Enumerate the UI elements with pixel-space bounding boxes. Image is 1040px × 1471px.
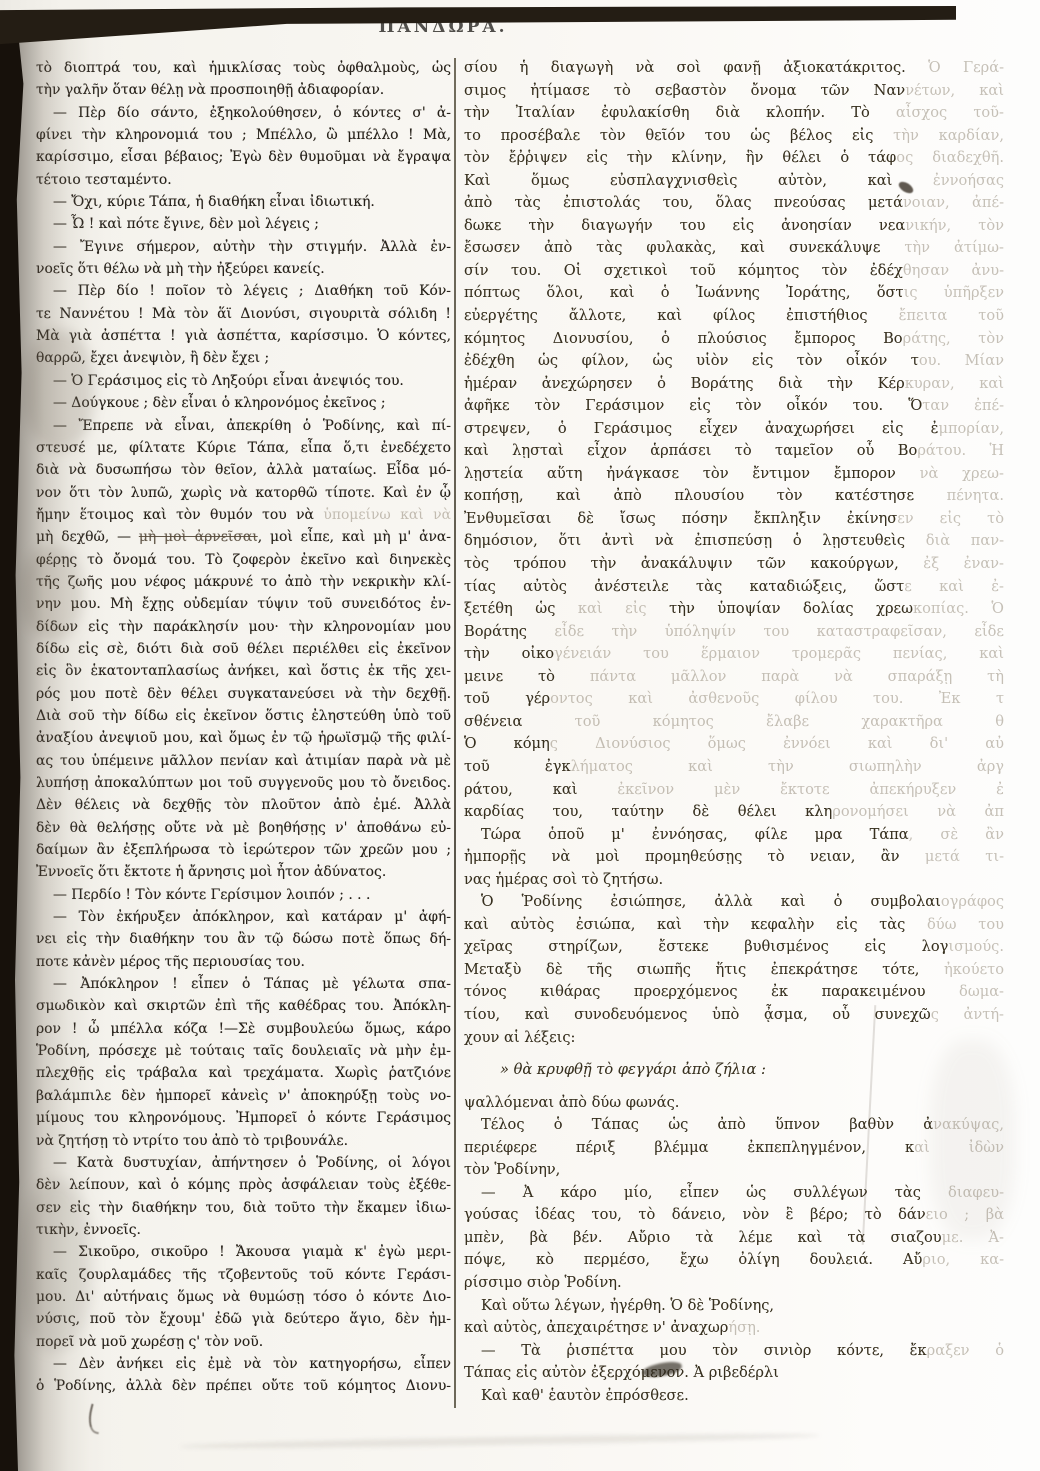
text-segment: — Ἔπρεπε νὰ εἶναι, ἀπεκρίθη ὁ Ῥοδίνης, κ… [53, 418, 451, 434]
text-line: δὲν θὰ θελήσῃς οὔτε νὰ μὲ βοηθήσῃς ν' ἀπ… [36, 817, 451, 839]
text-line: — Κατὰ δυστυχίαν, ἀπήντησεν ὁ Ῥοδίνης, ο… [36, 1152, 451, 1174]
text-segment: ρίσσιμο σιὸρ Ῥοδίνη. [464, 1274, 622, 1291]
text-segment: ξετέθη ὡς [464, 600, 578, 617]
text-line: τόνος κιθάρας προερχόμενος ἐκ παρακειμέν… [464, 981, 1004, 1004]
text-line: νοεῖς ὅτι θέλω νὰ μὴ τὴν ἠξεύρει κανείς. [36, 258, 451, 280]
text-segment: ἤμην ἕτοιμος καὶ τὸν θυμόν του νὰ [36, 507, 323, 523]
text-segment: τέτοιο τεσταμέντο. [36, 172, 172, 188]
text-line: ἠμπορῇς νὰ μοὶ προμηθεύσῃς τὸ νειαν, ἂν … [464, 846, 1004, 869]
text-line: νύσις, ποῦ τὸν ἔχουμ' ἐδῶ γιὰ δεύτερο ἅγ… [36, 1308, 451, 1330]
faded-text-segment: ἔπειτα τοῦ [868, 307, 1004, 324]
text-line: — Ὦ ! καὶ πότε ἔγινε, δὲν μοὶ λέγεις ; [36, 213, 451, 235]
text-line: Διὰ σοῦ τὴν δίδω εἰς ἐκεῖνον ὅστις ἐληστ… [36, 705, 451, 727]
text-line: σεν εἰς τὴν διαθήκην του, διὰ τοῦτο τὴν … [36, 1197, 451, 1219]
text-line: Ἐνθυμεῖσαι δὲ ἴσως πόσην ἔκπληξιν ἐκίνησ… [464, 508, 1004, 531]
faded-text-segment: λήματος καὶ τὴν σιωπηλὴν ἀργ [571, 758, 1004, 775]
text-line: — Σικοῦρο, σικοῦρο ! Ἄκουσα γιαμὰ κ' ἐγὼ… [36, 1241, 451, 1263]
faded-text-segment: τὴν ἀτίμω- [880, 239, 1004, 256]
text-line: τοῦ γέροντος καὶ ἀσθενοῦς φίλου του. Ἐκ … [464, 688, 1004, 711]
text-segment: Καὶ οὕτω λέγων, ἠγέρθη. Ὁ δὲ Ῥοδίνης, [481, 1297, 774, 1314]
text-line: ρίσσιμο σιὸρ Ῥοδίνη. [464, 1272, 1004, 1295]
faded-text-segment: ου. Μίαν [919, 352, 1004, 369]
text-line: δίδω εἰς σὲ, διότι διὰ σοῦ θέλει περιέλθ… [36, 638, 451, 660]
text-line: ἀφῆκε τὸν Γεράσιμον εἰς τὸν οἶκόν του. Ὅ… [464, 395, 1004, 418]
text-line: ἤμην ἕτοιμος καὶ τὸν θυμόν του νὰ ὑπομεί… [36, 504, 451, 526]
faded-text-segment: εν εἰς τὸ [897, 510, 1004, 527]
text-segment: λῃστεία αὕτη ἠνάγκασε τὸν ἔντιμον ἔμπορο… [464, 465, 896, 482]
faded-text-segment: διαφευ- [921, 1184, 1004, 1201]
text-line: πόψε, κὸ περμέσο, ἔχω ὀλίγη δουλειά. Αὔρ… [464, 1249, 1004, 1272]
text-line: μου. Δι' αὐτήναις ὅμως νὰ θυμώσῃ τόσο ὁ … [36, 1286, 451, 1308]
text-line: ρον ! ὦ μπέλλα κόζα !—Σὲ συμβουλεύω ὅμως… [36, 1018, 451, 1040]
text-line: μεινε τὸ πάντα μᾶλλον παρὰ νὰ σπαράξῃ τὴ [464, 666, 1004, 689]
text-line: Τάπας εἰς αὐτὸν ἐξερχόμενον. Ἀ ριβεδέρλι [464, 1362, 1004, 1385]
text-segment: νην μου. Μὴ ἔχῃς οὐδεμίαν τύψιν τοῦ συνε… [36, 596, 451, 612]
text-line: καὶ λῃσταὶ εἶχον ἁρπάσει τὸ ταμεῖον οὗ Β… [464, 440, 1004, 463]
text-line: γούσας ἰδέας του, τὸ δάνειο, νὸν ἒ βέρο;… [464, 1204, 1004, 1227]
text-segment: τοῦ ἐγκ [464, 758, 571, 775]
text-segment: καῖς ζουρλαμάδες τῆς τζοβεντοῦς τοῦ κόντ… [36, 1267, 451, 1283]
text-segment: ράτου, καὶ [464, 781, 577, 798]
faded-text-segment: ταν ἐπέ- [922, 397, 1004, 414]
text-segment: πόψε, κὸ περμέσο, ἔχω ὀλίγη δουλειά. Αὔ [464, 1251, 922, 1268]
faded-text-segment: αὶ ἰδὼν [914, 1139, 1004, 1156]
faded-text-segment: ὑπομείνω καὶ νὰ [323, 507, 451, 523]
faded-text-segment: ρονομήσει νὰ ἀπ [832, 803, 1004, 820]
faded-text-segment: δωμα- [925, 983, 1004, 1000]
text-segment: λυπήσῃ ἀποκαλύπτων μοι τοῦ συγγενοῦς μου… [36, 775, 451, 791]
text-segment: σίου ἡ διαγωγὴ νὰ σοὶ φανῇ ἀξιοκατάκριτο… [464, 59, 906, 76]
text-segment: μεινε τὸ [464, 668, 555, 685]
text-line: ἀναξίου ἀνεψιοῦ μου, καὶ ὅμως ἐν τῷ ἡρωϊ… [36, 727, 451, 749]
text-segment: Τέλος ὁ Τάπας ὡς ἀπὸ ὕπνον βαθὺν ἀ [481, 1116, 933, 1133]
text-segment: Καὶ ὅμως εὐσπλαγχνισθεὶς αὐτὸν, καὶ [464, 172, 892, 189]
text-line: Τώρα ὁποῦ μ' ἐννόησας, φίλε μρα Τάπα, σὲ… [464, 824, 1004, 847]
text-line: πόπτως ὅλοι, καὶ ὁ Ἰωάννης Ἰοράτης, ὅστι… [464, 282, 1004, 305]
text-segment: ἀφῆκε τὸν Γεράσιμον εἰς τὸν οἶκόν του. Ὅ [464, 397, 922, 414]
faded-text-segment: νοιαν, ἀπέ- [903, 194, 1004, 211]
text-segment: πόπτως ὅλοι, καὶ ὁ Ἰωάννης Ἰοράτης, ὅστ [464, 284, 904, 301]
text-line: ἐδέχθη ὡς φίλον, ὡς υἱὸν εἰς τὸν οἶκόν τ… [464, 350, 1004, 373]
text-line: Δὲν θέλεις νὰ δεχθῇς τὸν πλοῦτον ἀπὸ ἐμέ… [36, 794, 451, 816]
text-line: Ῥοδίνη, πρόσεχε μὲ τούταις ταῖς δουλειαῖ… [36, 1040, 451, 1062]
text-segment: » θὰ κρυφθῇ τὸ φεγγάρι ἀπὸ ζήλια : [500, 1061, 766, 1078]
text-line: ποτε κἀνὲν μέρος τῆς περιουσίας του. [36, 951, 451, 973]
text-line: νει εἰς τὴν διαθήκην του ἂν τῷ δώσω ποτὲ… [36, 928, 451, 950]
text-segment: τόνος κιθάρας προερχόμενος ἐκ παρακειμέν… [464, 983, 925, 1000]
faded-text-segment: ήσῃ. [728, 1319, 760, 1336]
faded-text-segment: ος διαδεχθῆ. [896, 149, 1004, 166]
faded-text-segment: ἐννοήσας [892, 172, 1004, 189]
text-segment: Μεταξὺ δὲ τῆς σιωπῆς ἥτις ἐπεκράτησε τότ… [464, 961, 919, 978]
text-line: — Περδίο ! Τὸν κόντε Γερίσιμον λοιπόν ; … [36, 884, 451, 906]
text-segment: καὶ αὐτὸς, ἀπεχαιρέτησε ν' ἀναχωρ [464, 1319, 728, 1336]
text-segment: — Ἀπόκληρον ! εἶπεν ὁ Τάπας μὲ γέλωτα σπ… [53, 976, 451, 992]
text-segment: περιέφερε πέριξ βλέμμα ἐκπεπληγμένον, κ [464, 1139, 914, 1156]
text-segment: Μὰ γιὰ ἀσπέττα ! γιὰ ἀσπέττα, καρίσσιμο.… [36, 328, 451, 344]
text-line: μπὲν, βὰ βέν. Αὔριο τὰ λέμε καὶ τὰ σιαζο… [464, 1227, 1004, 1250]
text-line: τοῦ ἐγκλήματος καὶ τὴν σιωπηλὴν ἀργ [464, 756, 1004, 779]
text-segment: — Κατὰ δυστυχίαν, ἀπήντησεν ὁ Ῥοδίνης, ο… [53, 1155, 451, 1171]
text-line: δημόσιον, ὅτι ἀντὶ νὰ ἐπισπεύσῃ ὁ λῃστευ… [464, 530, 1004, 553]
text-segment: δὲν θὰ θελήσῃς οὔτε νὰ μὲ βοηθήσῃς ν' ἀπ… [36, 820, 451, 836]
struck-text-segment: μὴ μοὶ ἀρνεῖσαι [139, 529, 258, 545]
faded-text-segment: τοῦ κόμητος ἔλαβε χαρακτῆρα θ [522, 713, 1004, 730]
text-segment: σιμος ἠτίμασε τὸ σεβαστὸν ὄνομα τῶν Ναν [464, 82, 905, 99]
text-line: θαρρῶ, ἔχει ἀνεψιὸν, ἢ δὲν ἔχει ; [36, 347, 451, 369]
faded-text-segment: θησαν ἀνυ- [903, 262, 1004, 279]
text-line: νον ὅτι τὸν λυπῶ, χωρὶς νὰ κατορθῶ τίποτ… [36, 482, 451, 504]
text-line: Καὶ καθ' ἑαυτὸν ἐπρόσθεσε. [464, 1385, 1004, 1408]
text-segment: κόμητος Διονυσίου, ὁ πλούσιος ἔμπορος Βο [464, 330, 903, 347]
text-line: καρδίας του, ταύτην δὲ θέλει κληρονομήσε… [464, 801, 1004, 824]
text-line: νην μου. Μὴ ἔχῃς οὐδεμίαν τύψιν τοῦ συνε… [36, 593, 451, 615]
text-segment: δημόσιον, ὅτι ἀντὶ νὰ ἐπισπεύσῃ ὁ λῃστευ… [464, 532, 905, 549]
text-segment: τίας αὐτὸς ἀνέστειλε τὰς καταδιώξεις, ὥσ… [464, 578, 904, 595]
text-segment: — Ὄχι, κύριε Τάπα, ἡ διαθήκη εἶναι ἰδιωτ… [53, 194, 375, 210]
text-line: ὁ Ῥοδίνης, ἀλλὰ δὲν πρέπει οὔτε τοῦ κόμη… [36, 1375, 451, 1397]
text-segment: τοῦ γέρ [464, 690, 550, 707]
text-line: τὴν οἰκογένειάν του ἕρμαιον τρομερᾶς πεν… [464, 643, 1004, 666]
text-segment: εὐεργέτης ἄλλοτε, καὶ φίλος ἐπιστήθιος [464, 307, 868, 324]
text-line: Μὰ γιὰ ἀσπέττα ! γιὰ ἀσπέττα, καρίσσιμο.… [36, 325, 451, 347]
text-segment: μίμους του κληρονόμους. Ἠμπορεῖ ὁ κόντε … [36, 1110, 451, 1126]
text-segment: δαίμων ἂν ἐξεπλήρωσα τὸ ἱερώτερον τῶν χρ… [36, 842, 451, 858]
text-segment: Τάπας εἰς αὐτὸν ἐξερχόμενον. Ἀ ριβεδέρλι [464, 1364, 779, 1381]
text-line: τὸς τρόπου τὴν ἀνακάλυψιν τῶν κακούργων,… [464, 553, 1004, 576]
faded-text-segment: διὰ παν- [905, 532, 1004, 549]
text-line: δαίμων ἂν ἐξεπλήρωσα τὸ ἱερώτερον τῶν χρ… [36, 839, 451, 861]
text-line: στρεψεν, ὁ Γεράσιμος εἶχεν ἀναχωρήσει εἰ… [464, 418, 1004, 441]
text-segment: τὴν Ἰταλίαν ἐφυλακίσθη διὰ κλοπήν. Τὸ [464, 104, 870, 121]
faded-text-segment: νέτων, καὶ [905, 82, 1004, 99]
text-segment: νει εἰς τὴν διαθήκην του ἂν τῷ δώσω ποτὲ… [36, 931, 451, 947]
text-line: τε Ναννέτου ! Μὰ τὸν ἅϊ Διονύσι, σιγουρι… [36, 303, 451, 325]
text-line: — Ἔπρεπε νὰ εἶναι, ἀπεκρίθη ὁ Ῥοδίνης, κ… [36, 415, 451, 437]
faded-text-segment: ς ἀντή- [931, 1006, 1004, 1023]
faded-text-segment: αἶσχος τοῦ- [870, 104, 1004, 121]
text-line: φέρῃς τὸ ὄνομά του. Τὸ ζοφερὸν ἐκεῖνο κα… [36, 549, 451, 571]
text-line: νας ἡμέρας σοὶ τὸ ζητήσω. [464, 869, 1004, 892]
text-line: ας του ὑπέμεινε μᾶλλον πενίαν καὶ ἀτιμία… [36, 750, 451, 772]
page-title: ΠΑΝΔΩΡΑ. [0, 17, 886, 37]
text-line: χεῖρας στηρίζων, ἔστεκε βυθισμένος εἰς λ… [464, 936, 1004, 959]
text-segment: ἐδέχθη ὡς φίλον, ὡς υἱὸν εἰς τὸν οἶκόν τ [464, 352, 919, 369]
text-segment: πλεχθῇς εἰς τράβαλα καὶ τρεχάματα. Χωρὶς… [36, 1065, 451, 1081]
text-line: τὴν Ἰταλίαν ἐφυλακίσθη διὰ κλοπήν. Τὸ αἶ… [464, 102, 1004, 125]
text-segment: ἀναξίου ἀνεψιοῦ μου, καὶ ὅμως ἐν τῷ ἡρωϊ… [36, 730, 451, 746]
faded-text-segment: κυραν, καὶ [905, 375, 1004, 392]
text-line: περιέφερε πέριξ βλέμμα ἐκπεπληγμένον, κα… [464, 1137, 1004, 1160]
text-segment: καὶ αὐτὸς ἐσιώπα, καὶ τὴν κεφαλὴν εἰς τὰ… [464, 916, 905, 933]
text-line: κόμητος Διονυσίου, ὁ πλούσιος ἔμπορος Βο… [464, 328, 1004, 351]
text-line: δωκε τὴν διαγωγήν του εἰς ἀνοησίαν νεανι… [464, 215, 1004, 238]
text-segment: νοεῖς ὅτι θέλω νὰ μὴ τὴν ἠξεύρει κανείς. [36, 261, 325, 277]
text-segment: Καὶ καθ' ἑαυτὸν ἐπρόσθεσε. [481, 1387, 689, 1404]
text-line: ψαλλόμεναι ἀπὸ δύω φωνάς. [464, 1092, 1004, 1115]
faded-text-segment: πένητα. [914, 487, 1004, 504]
text-segment: καρίσσιμο, εἶσαι βέβαιος; Ἐγὼ δὲν θυμοῦμ… [36, 149, 451, 165]
right-text-column: σίου ἡ διαγωγὴ νὰ σοὶ φανῇ ἀξιοκατάκριτο… [464, 57, 1004, 1407]
text-line: πορεῖ νὰ μοῦ χωρέσῃ ς' τὸν νοῦ. [36, 1331, 451, 1353]
text-segment: — Ὦ ! καὶ πότε ἔγινε, δὲν μοὶ λέγεις ; [53, 216, 319, 232]
text-segment: ρός μου ποτὲ δὲν θέλει συγκατανεύσει νὰ … [36, 686, 451, 702]
faded-text-segment: με. Ἀ- [942, 1229, 1004, 1246]
text-line: τίας αὐτὸς ἀνέστειλε τὰς καταδιώξεις, ὥσ… [464, 576, 1004, 599]
text-segment: ἔσωσεν ἀπὸ τὰς φυλακὰς, καὶ συνεκάλυψε [464, 239, 880, 256]
text-line: το προσέβαλε τὸν θεῖόν του ὡς βέλος εἰς … [464, 125, 1004, 148]
text-line: λυπήσῃ ἀποκαλύπτων μοι τοῦ συγγενοῦς μου… [36, 772, 451, 794]
text-segment: ψαλλόμεναι ἀπὸ δύω φωνάς. [464, 1094, 679, 1111]
text-segment: χουν αἱ λέξεις: [464, 1029, 575, 1046]
text-line: ἡμέραν ἀνεχώρησεν ὁ Βοράτης διὰ τὴν Κέρκ… [464, 373, 1004, 396]
faded-text-segment: ισμούς. [948, 938, 1004, 955]
text-segment: — Δούγκουε ; δὲν εἶναι ὁ κληρονόμος ἐκεῖ… [53, 395, 386, 411]
text-line: ἀπὸ τὰς ἐπιστολάς του, ὅλας πνεούσας μετ… [464, 192, 1004, 215]
faded-text-segment: εἶδε τὴν ὑπόληψίν του καταστραφεῖσαν, εἶ… [527, 623, 1004, 640]
text-segment: τὴν γαλῆν ὅταν θέλῃ νὰ προσποιηθῇ ἀδιαφο… [36, 82, 384, 98]
text-segment: Ὁ κόμη [464, 735, 550, 752]
text-line: στευσέ με, φίλτατε Κύριε Τάπα, εἶπα ὅ,τι… [36, 437, 451, 459]
text-line: — Ὄχι, κύριε Τάπα, ἡ διαθήκη εἶναι ἰδιωτ… [36, 191, 451, 213]
faded-text-segment: Ὁ Γερά- [906, 59, 1004, 76]
faded-text-segment: ράτης, τὸν [903, 330, 1004, 347]
text-segment: μου. Δι' αὐτήναις ὅμως νὰ θυμώσῃ τόσο ὁ … [36, 1289, 451, 1305]
faded-text-segment: οντος καὶ ἀσθενοῦς φίλου του. Ἐκ τ [550, 690, 1004, 707]
text-line: Καὶ ὅμως εὐσπλαγχνισθεὶς αὐτὸν, καὶ ἐννο… [464, 170, 1004, 193]
text-segment: — Ὁ Γεράσιμος εἰς τὸ Ληξούρι εἶναι ἀνεψι… [53, 373, 404, 389]
text-segment: μπὲν, βὰ βέν. Αὔριο τὰ λέμε καὶ τὰ σιαζο… [464, 1229, 942, 1246]
text-segment: καὶ λῃσταὶ εἶχον ἁρπάσει τὸ ταμεῖον οὗ Β… [464, 442, 917, 459]
text-line: Βοράτης εἶδε τὴν ὑπόληψίν του καταστραφε… [464, 621, 1004, 644]
text-line: σιμος ἠτίμασε τὸ σεβαστὸν ὄνομα τῶν Νανν… [464, 80, 1004, 103]
text-segment: — Περδίο ! Τὸν κόντε Γερίσιμον λοιπόν ; … [53, 887, 370, 903]
text-segment: τικὴν, ἐννοεῖς. [36, 1222, 141, 1238]
text-line: Ἐννοεῖς ὅτι ἔκτοτε ἡ ἄρνησις μοὶ ἦτον ἀδ… [36, 861, 451, 883]
faded-text-segment: νὰ χρεω- [896, 465, 1004, 482]
text-line: — Δὲν ἀνήκει εἰς ἐμὲ νὰ τὸν κατηγορήσω, … [36, 1353, 451, 1375]
faded-text-segment: μετά τι- [900, 848, 1004, 865]
text-segment: νὰ ζητήσῃ τὸ ντρίτο του ἀπὸ τὸ τριβουνάλ… [36, 1133, 348, 1149]
text-segment: γούσας ἰδέας του, τὸ δάνειο, νὸν ἒ βέρο;… [464, 1206, 926, 1223]
faded-text-segment: μπορίαν, [938, 420, 1004, 437]
text-segment: πορεῖ νὰ μοῦ χωρέσῃ ς' τὸν νοῦ. [36, 1334, 263, 1350]
text-segment: στευσέ με, φίλτατε Κύριε Τάπα, εἶπα ὅ,τι… [36, 440, 451, 456]
text-segment: ἀπὸ τὰς ἐπιστολάς του, ὅλας πνεούσας μετ… [464, 194, 903, 211]
text-segment: Βοράτης [464, 623, 527, 640]
text-segment: Τώρα ὁποῦ μ' ἐννόησας, φίλε μρα Τάπα [481, 826, 909, 843]
text-line: σίου ἡ διαγωγὴ νὰ σοὶ φανῇ ἀξιοκατάκριτο… [464, 57, 1004, 80]
text-segment: χεῖρας στηρίζων, ἔστεκε βυθισμένος εἰς λ… [464, 938, 948, 955]
text-line: καῖς ζουρλαμάδες τῆς τζοβεντοῦς τοῦ κόντ… [36, 1264, 451, 1286]
text-line: φίνει τὴν κληρονομιά του ; Μπέλλο, ὢ μπέ… [36, 124, 451, 146]
text-line: — Τὰ ῥισπέττα μου τὸν σινιὸρ κόντε, ἔκρα… [464, 1340, 1004, 1363]
faded-text-segment: νακύψας, [933, 1116, 1004, 1133]
text-segment: τε Ναννέτου ! Μὰ τὸν ἅϊ Διονύσι, σιγουρι… [36, 306, 451, 322]
text-line: χουν αἱ λέξεις: [464, 1027, 1004, 1050]
faded-text-segment: ειο ; βὰ [926, 1206, 1004, 1223]
text-line: διὰ νὰ δυσωπήσω τὸν θεῖον, ἀλλὰ ματαίως.… [36, 459, 451, 481]
text-segment: τὸ διοπτρά του, καὶ ἡμικλίσας τοὺς ὀφθαλ… [36, 60, 451, 76]
text-line: μίμους του κληρονόμους. Ἠμπορεῖ ὁ κόντε … [36, 1107, 451, 1129]
left-text-column: τὸ διοπτρά του, καὶ ἡμικλίσας τοὺς ὀφθαλ… [36, 57, 451, 1398]
text-line: εὐεργέτης ἄλλοτε, καὶ φίλος ἐπιστήθιος ἔ… [464, 305, 1004, 328]
text-line: ρός μου ποτὲ δὲν θέλει συγκατανεύσει νὰ … [36, 683, 451, 705]
text-line: ξετέθη ὡς καὶ εἰς τὴν ὑποψίαν δολίας χρε… [464, 598, 1004, 621]
text-line: μὴ δεχθῶ, — μὴ μοὶ ἀρνεῖσαι, μοὶ εἶπε, κ… [36, 526, 451, 548]
faded-text-segment: νικήν, τὸν [905, 217, 1004, 234]
text-line: Ὁ κόμης Διονύσιος ὅμως ἐννόει καὶ δι' αὐ [464, 733, 1004, 756]
text-line: δὲν λείπουν, καὶ ὁ κόμης πρὸς ἀσφάλειαν … [36, 1174, 451, 1196]
text-segment: τὸν ἔῤῥιψεν εἰς τὴν κλίνην, ἣν θέλει ὁ τ… [464, 149, 896, 166]
faded-text-segment: πάντα μᾶλλον παρὰ νὰ σπαράξῃ τὴ [555, 668, 1004, 685]
text-line: » θὰ κρυφθῇ τὸ φεγγάρι ἀπὸ ζήλια : [464, 1059, 1004, 1082]
text-segment: μὴ δεχθῶ, — [36, 529, 139, 545]
text-line: τὸ διοπτρά του, καὶ ἡμικλίσας τοὺς ὀφθαλ… [36, 57, 451, 79]
text-line: τίου, καὶ συνοδευόμενος ὑπὸ ᾆσμα, οὗ συν… [464, 1004, 1004, 1027]
text-segment: τὸν Ῥοδίνην, [464, 1161, 560, 1178]
text-line: καὶ αὐτὸς ἐσιώπα, καὶ τὴν κεφαλὴν εἰς τὰ… [464, 914, 1004, 937]
text-line: βαλάμπιλε δὲν ἠμπορεῖ κἀνεὶς ν' ἀποκηρύξ… [36, 1085, 451, 1107]
text-line: καὶ αὐτὸς, ἀπεχαιρέτησε ν' ἀναχωρήσῃ. [464, 1317, 1004, 1340]
faded-text-segment: ριο, κα- [922, 1251, 1004, 1268]
text-line: — Πὲρ δίο ! ποῖον τὸ λέγεις ; Διαθήκη το… [36, 280, 451, 302]
text-segment: ὁ Ῥοδίνης, ἀλλὰ δὲν πρέπει οὔτε τοῦ κόμη… [36, 1378, 451, 1394]
faded-text-segment: τὴν καρδίαν, [873, 127, 1004, 144]
faded-text-segment: ε καὶ ἐ- [904, 578, 1004, 595]
text-segment: νύσις, ποῦ τὸν ἔχουμ' ἐδῶ γιὰ δεύτερο ἅγ… [36, 1311, 451, 1327]
text-segment: στρεψεν, ὁ Γεράσιμος εἶχεν ἀναχωρήσει εἰ… [464, 420, 938, 437]
text-segment: , μοὶ εἶπε, καὶ μὴ μ' ἀνα- [258, 529, 451, 545]
faded-text-segment: γένειάν του ἕρμαιον τρομερᾶς πενίας, καὶ [554, 645, 1004, 662]
text-segment: φέρῃς τὸ ὄνομά του. Τὸ ζοφερὸν ἐκεῖνο κα… [36, 552, 451, 568]
text-segment: τῆς ζωῆς μου νέφος μάκρυνέ το ἀπὸ τὴν νε… [36, 574, 451, 590]
text-segment: ἠμπορῇς νὰ μοὶ προμηθεύσῃς τὸ νειαν, ἂν [464, 848, 900, 865]
text-segment: — Σικοῦρο, σικοῦρο ! Ἄκουσα γιαμὰ κ' ἐγὼ… [53, 1244, 451, 1260]
text-segment: θαρρῶ, ἔχει ἀνεψιὸν, ἢ δὲν ἔχει ; [36, 350, 269, 366]
text-segment: σίν του. Οἱ σχετικοὶ τοῦ κόμητος τὸν ἐδέ… [464, 262, 903, 279]
text-line: καρίσσιμο, εἶσαι βέβαιος; Ἐγὼ δὲν θυμοῦμ… [36, 146, 451, 168]
text-segment: ποτε κἀνὲν μέρος τῆς περιουσίας του. [36, 954, 305, 970]
text-line: σμωδικὸν καὶ σκιρτῶν ἐπὶ τῆς καθέδρας το… [36, 995, 451, 1017]
text-segment: βαλάμπιλε δὲν ἠμπορεῖ κἀνεὶς ν' ἀποκηρύξ… [36, 1088, 451, 1104]
faded-text-segment: ἐκεῖνον μὲν ἔκτοτε ἀπεκήρυξεν ἐ [577, 781, 1004, 798]
faded-text-segment: καὶ εἰς [578, 600, 669, 617]
text-line: — Ἀ κάρο μίο, εἶπεν ὡς συλλέγων τὰς διαφ… [464, 1182, 1004, 1205]
text-segment: Ἐνθυμεῖσαι δὲ ἴσως πόσην ἔκπληξιν ἐκίνησ [464, 510, 897, 527]
text-line: τέτοιο τεσταμέντο. [36, 169, 451, 191]
text-line: δίδων εἰς τὴν παράκλησίν μου· τὴν κληρον… [36, 616, 451, 638]
faded-text-segment: δύω του [905, 916, 1004, 933]
text-line: — Δούγκουε ; δὲν εἶναι ὁ κληρονόμος ἐκεῖ… [36, 392, 451, 414]
text-segment: το προσέβαλε τὸν θεῖόν του ὡς βέλος εἰς [464, 127, 873, 144]
text-line: σίν του. Οἱ σχετικοὶ τοῦ κόμητος τὸν ἐδέ… [464, 260, 1004, 283]
text-segment: τὸς τρόπου τὴν ἀνακάλυψιν τῶν κακούργων, [464, 555, 899, 572]
text-segment: Δὲν θέλεις νὰ δεχθῇς τὸν πλοῦτον ἀπὸ ἐμέ… [36, 797, 451, 813]
text-line: τὴν γαλῆν ὅταν θέλῃ νὰ προσποιηθῇ ἀδιαφο… [36, 79, 451, 101]
text-segment: ρον ! ὦ μπέλλα κόζα !—Σὲ συμβουλεύω ὅμως… [36, 1021, 451, 1037]
text-line: εἰς ὃν ἑκατονταπλασίως ἀνήκει, καὶ ὅστις… [36, 660, 451, 682]
text-segment: Ὁ Ῥοδίνης ἐσιώπησε, ἀλλὰ καὶ ὁ συμβολαι [481, 893, 941, 910]
text-segment: δὲν λείπουν, καὶ ὁ κόμης πρὸς ἀσφάλειαν … [36, 1177, 451, 1193]
text-segment: Διὰ σοῦ τὴν δίδω εἰς ἐκεῖνον ὅστις ἐληστ… [36, 708, 451, 724]
text-line: τῆς ζωῆς μου νέφος μάκρυνέ το ἀπὸ τὴν νε… [36, 571, 451, 593]
faded-text-segment: κοπίας. Ὁ [913, 600, 1004, 617]
text-segment: τὴν οἰκο [464, 645, 554, 662]
text-line: τὸν Ῥοδίνην, [464, 1159, 1004, 1182]
faded-text-segment: ογράφος [941, 893, 1004, 910]
text-line: σθένεια τοῦ κόμητος ἔλαβε χαρακτῆρα θ [464, 711, 1004, 734]
text-segment: ας του ὑπέμεινε μᾶλλον πενίαν καὶ ἀτιμία… [36, 753, 451, 769]
text-line: Τέλος ὁ Τάπας ὡς ἀπὸ ὕπνον βαθὺν ἀνακύψα… [464, 1114, 1004, 1137]
text-line: — Πὲρ δίο σάντο, ἐξηκολούθησεν, ὁ κόντες… [36, 102, 451, 124]
faded-text-segment: ράτου. Ἡ [917, 442, 1004, 459]
text-segment: φίνει τὴν κληρονομιά του ; Μπέλλο, ὢ μπέ… [36, 127, 451, 143]
text-segment: κοπήσῃ, καὶ ἀπὸ πλουσίου τὸν κατέστησε [464, 487, 914, 504]
faded-text-segment: ραξεν ὁ [927, 1342, 1004, 1359]
text-line: τικὴν, ἐννοεῖς. [36, 1219, 451, 1241]
text-segment: δίδων εἰς τὴν παράκλησίν μου· τὴν κληρον… [36, 619, 451, 635]
text-line: πλεχθῇς εἰς τράβαλα καὶ τρεχάματα. Χωρὶς… [36, 1062, 451, 1084]
text-segment: — Πὲρ δίο σάντο, ἐξηκολούθησεν, ὁ κόντες… [53, 105, 451, 121]
text-segment: νας ἡμέρας σοὶ τὸ ζητήσω. [464, 871, 663, 888]
text-segment: Ἐννοεῖς ὅτι ἔκτοτε ἡ ἄρνησις μοὶ ἦτον ἀδ… [36, 864, 386, 880]
text-segment: εἰς ὃν ἑκατονταπλασίως ἀνήκει, καὶ ὅστις… [36, 663, 451, 679]
text-line: τὸν ἔῤῥιψεν εἰς τὴν κλίνην, ἣν θέλει ὁ τ… [464, 147, 1004, 170]
text-line: Μεταξὺ δὲ τῆς σιωπῆς ἥτις ἐπεκράτησε τότ… [464, 959, 1004, 982]
text-segment: σμωδικὸν καὶ σκιρτῶν ἐπὶ τῆς καθέδρας το… [36, 998, 451, 1014]
text-segment: — Ἔγινε σήμερον, αὐτὴν τὴν στιγμήν. Ἀλλὰ… [53, 239, 451, 255]
text-segment: τίου, καὶ συνοδευόμενος ὑπὸ ᾆσμα, οὗ συν… [464, 1006, 931, 1023]
text-line: — Ἔγινε σήμερον, αὐτὴν τὴν στιγμήν. Ἀλλὰ… [36, 236, 451, 258]
faded-text-segment: ις ὑπῆρξεν [904, 284, 1004, 301]
text-segment: ἡμέραν ἀνεχώρησεν ὁ Βοράτης διὰ τὴν Κέρ [464, 375, 905, 392]
faded-text-segment: , σὲ ἂν [909, 826, 1004, 843]
text-line: κοπήσῃ, καὶ ἀπὸ πλουσίου τὸν κατέστησε π… [464, 485, 1004, 508]
faded-text-segment: ς Διονύσιος ὅμως ἐννόει καὶ δι' αὐ [550, 735, 1004, 752]
text-segment: — Δὲν ἀνήκει εἰς ἐμὲ νὰ τὸν κατηγορήσω, … [53, 1356, 451, 1372]
text-segment: καρδίας του, ταύτην δὲ θέλει κλη [464, 803, 832, 820]
text-line: νὰ ζητήσῃ τὸ ντρίτο του ἀπὸ τὸ τριβουνάλ… [36, 1130, 451, 1152]
text-line: Καὶ οὕτω λέγων, ἠγέρθη. Ὁ δὲ Ῥοδίνης, [464, 1295, 1004, 1318]
text-segment: Ῥοδίνη, πρόσεχε μὲ τούταις ταῖς δουλειαῖ… [36, 1043, 451, 1059]
text-segment: — Τὸν ἐκήρυξεν ἀπόκληρον, καὶ κατάραν μ'… [53, 909, 451, 925]
text-segment: σθένεια [464, 713, 522, 730]
text-segment: διὰ νὰ δυσωπήσω τὸν θεῖον, ἀλλὰ ματαίως.… [36, 462, 451, 478]
text-segment: δωκε τὴν διαγωγήν του εἰς ἀνοησίαν νεα [464, 217, 905, 234]
text-segment: — Πὲρ δίο ! ποῖον τὸ λέγεις ; Διαθήκη το… [53, 283, 451, 299]
faded-text-segment: ἐξ ἐναν- [899, 555, 1004, 572]
text-segment: νον ὅτι τὸν λυπῶ, χωρὶς νὰ κατορθῶ τίποτ… [36, 485, 451, 501]
column-divider-rule [454, 58, 456, 1408]
text-line: ράτου, καὶ ἐκεῖνον μὲν ἔκτοτε ἀπεκήρυξεν… [464, 779, 1004, 802]
text-segment: τὴν ὑποψίαν δολίας χρεω [669, 600, 913, 617]
faded-text-segment: ἠκούετο [919, 961, 1004, 978]
text-line: — Ὁ Γεράσιμος εἰς τὸ Ληξούρι εἶναι ἀνεψι… [36, 370, 451, 392]
text-segment: δίδω εἰς σὲ, διότι διὰ σοῦ θέλει περιέλθ… [36, 641, 451, 657]
text-segment: — Ἀ κάρο μίο, εἶπεν ὡς συλλέγων τὰς [481, 1184, 921, 1201]
text-line: Ὁ Ῥοδίνης ἐσιώπησε, ἀλλὰ καὶ ὁ συμβολαιο… [464, 891, 1004, 914]
text-line: — Τὸν ἐκήρυξεν ἀπόκληρον, καὶ κατάραν μ'… [36, 906, 451, 928]
text-segment: — Τὰ ῥισπέττα μου τὸν σινιὸρ κόντε, ἔκ [481, 1342, 927, 1359]
text-line: ἔσωσεν ἀπὸ τὰς φυλακὰς, καὶ συνεκάλυψε τ… [464, 237, 1004, 260]
text-segment: σεν εἰς τὴν διαθήκην του, διὰ τοῦτο τὴν … [36, 1200, 451, 1216]
text-line: — Ἀπόκληρον ! εἶπεν ὁ Τάπας μὲ γέλωτα σπ… [36, 973, 451, 995]
text-line: λῃστεία αὕτη ἠνάγκασε τὸν ἔντιμον ἔμπορο… [464, 463, 1004, 486]
